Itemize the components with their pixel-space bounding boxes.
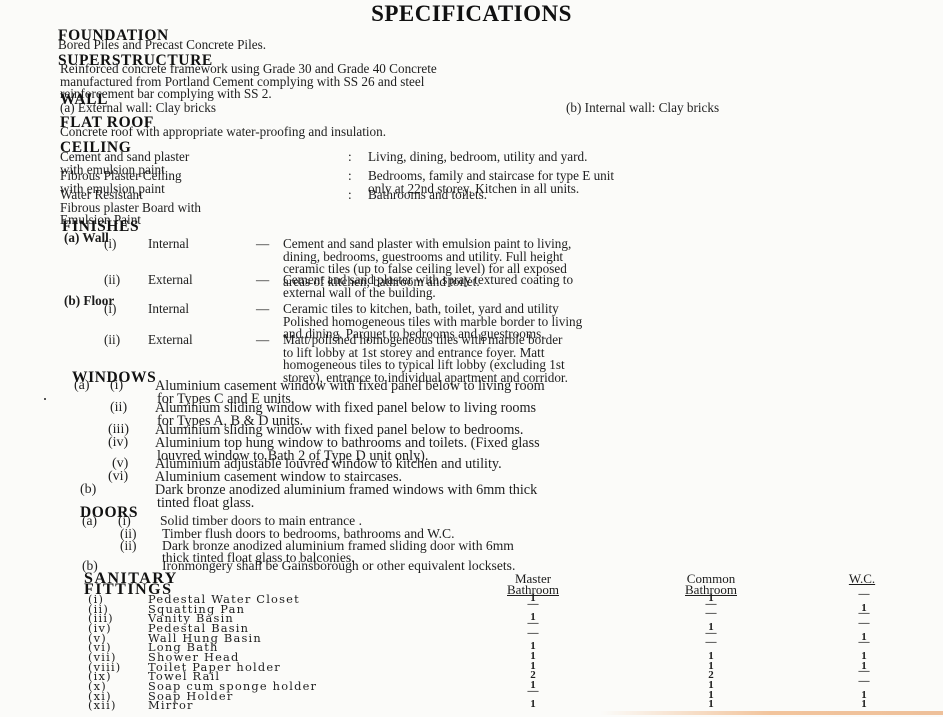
column-header-wc: W.C.: [832, 573, 892, 584]
table-cell: —: [849, 590, 879, 600]
row-item: Mirror: [148, 700, 194, 710]
table-cell: —: [518, 687, 548, 697]
page-title: SPECIFICATIONS: [0, 1, 943, 27]
table-cell: —: [696, 638, 726, 648]
table-cell: —: [518, 600, 548, 610]
table-cell: —: [849, 619, 879, 629]
foundation-text: Bored Piles and Precast Concrete Piles.: [58, 39, 266, 52]
table-cell: —: [696, 609, 726, 619]
specifications-page: SPECIFICATIONS FOUNDATION Bored Piles an…: [0, 0, 943, 717]
row-number: (xii): [88, 700, 117, 710]
table-cell: 1: [696, 700, 726, 710]
table-cell: 1: [849, 700, 879, 710]
flat-roof-text: Concrete roof with appropriate water-pro…: [60, 126, 386, 139]
table-cell: —: [849, 638, 879, 648]
table-cell: —: [518, 629, 548, 639]
table-cell: 1: [518, 700, 548, 710]
table-cell: —: [849, 677, 879, 687]
wall-internal: (b) Internal wall: Clay bricks: [566, 102, 719, 115]
scan-speck: [44, 398, 46, 400]
superstructure-text: Reinforced concrete framework using Grad…: [60, 63, 437, 101]
finishes-wall-label: (a) Wall: [64, 231, 109, 244]
scan-edge: [600, 711, 943, 715]
wall-external: (a) External wall: Clay bricks: [60, 102, 216, 115]
